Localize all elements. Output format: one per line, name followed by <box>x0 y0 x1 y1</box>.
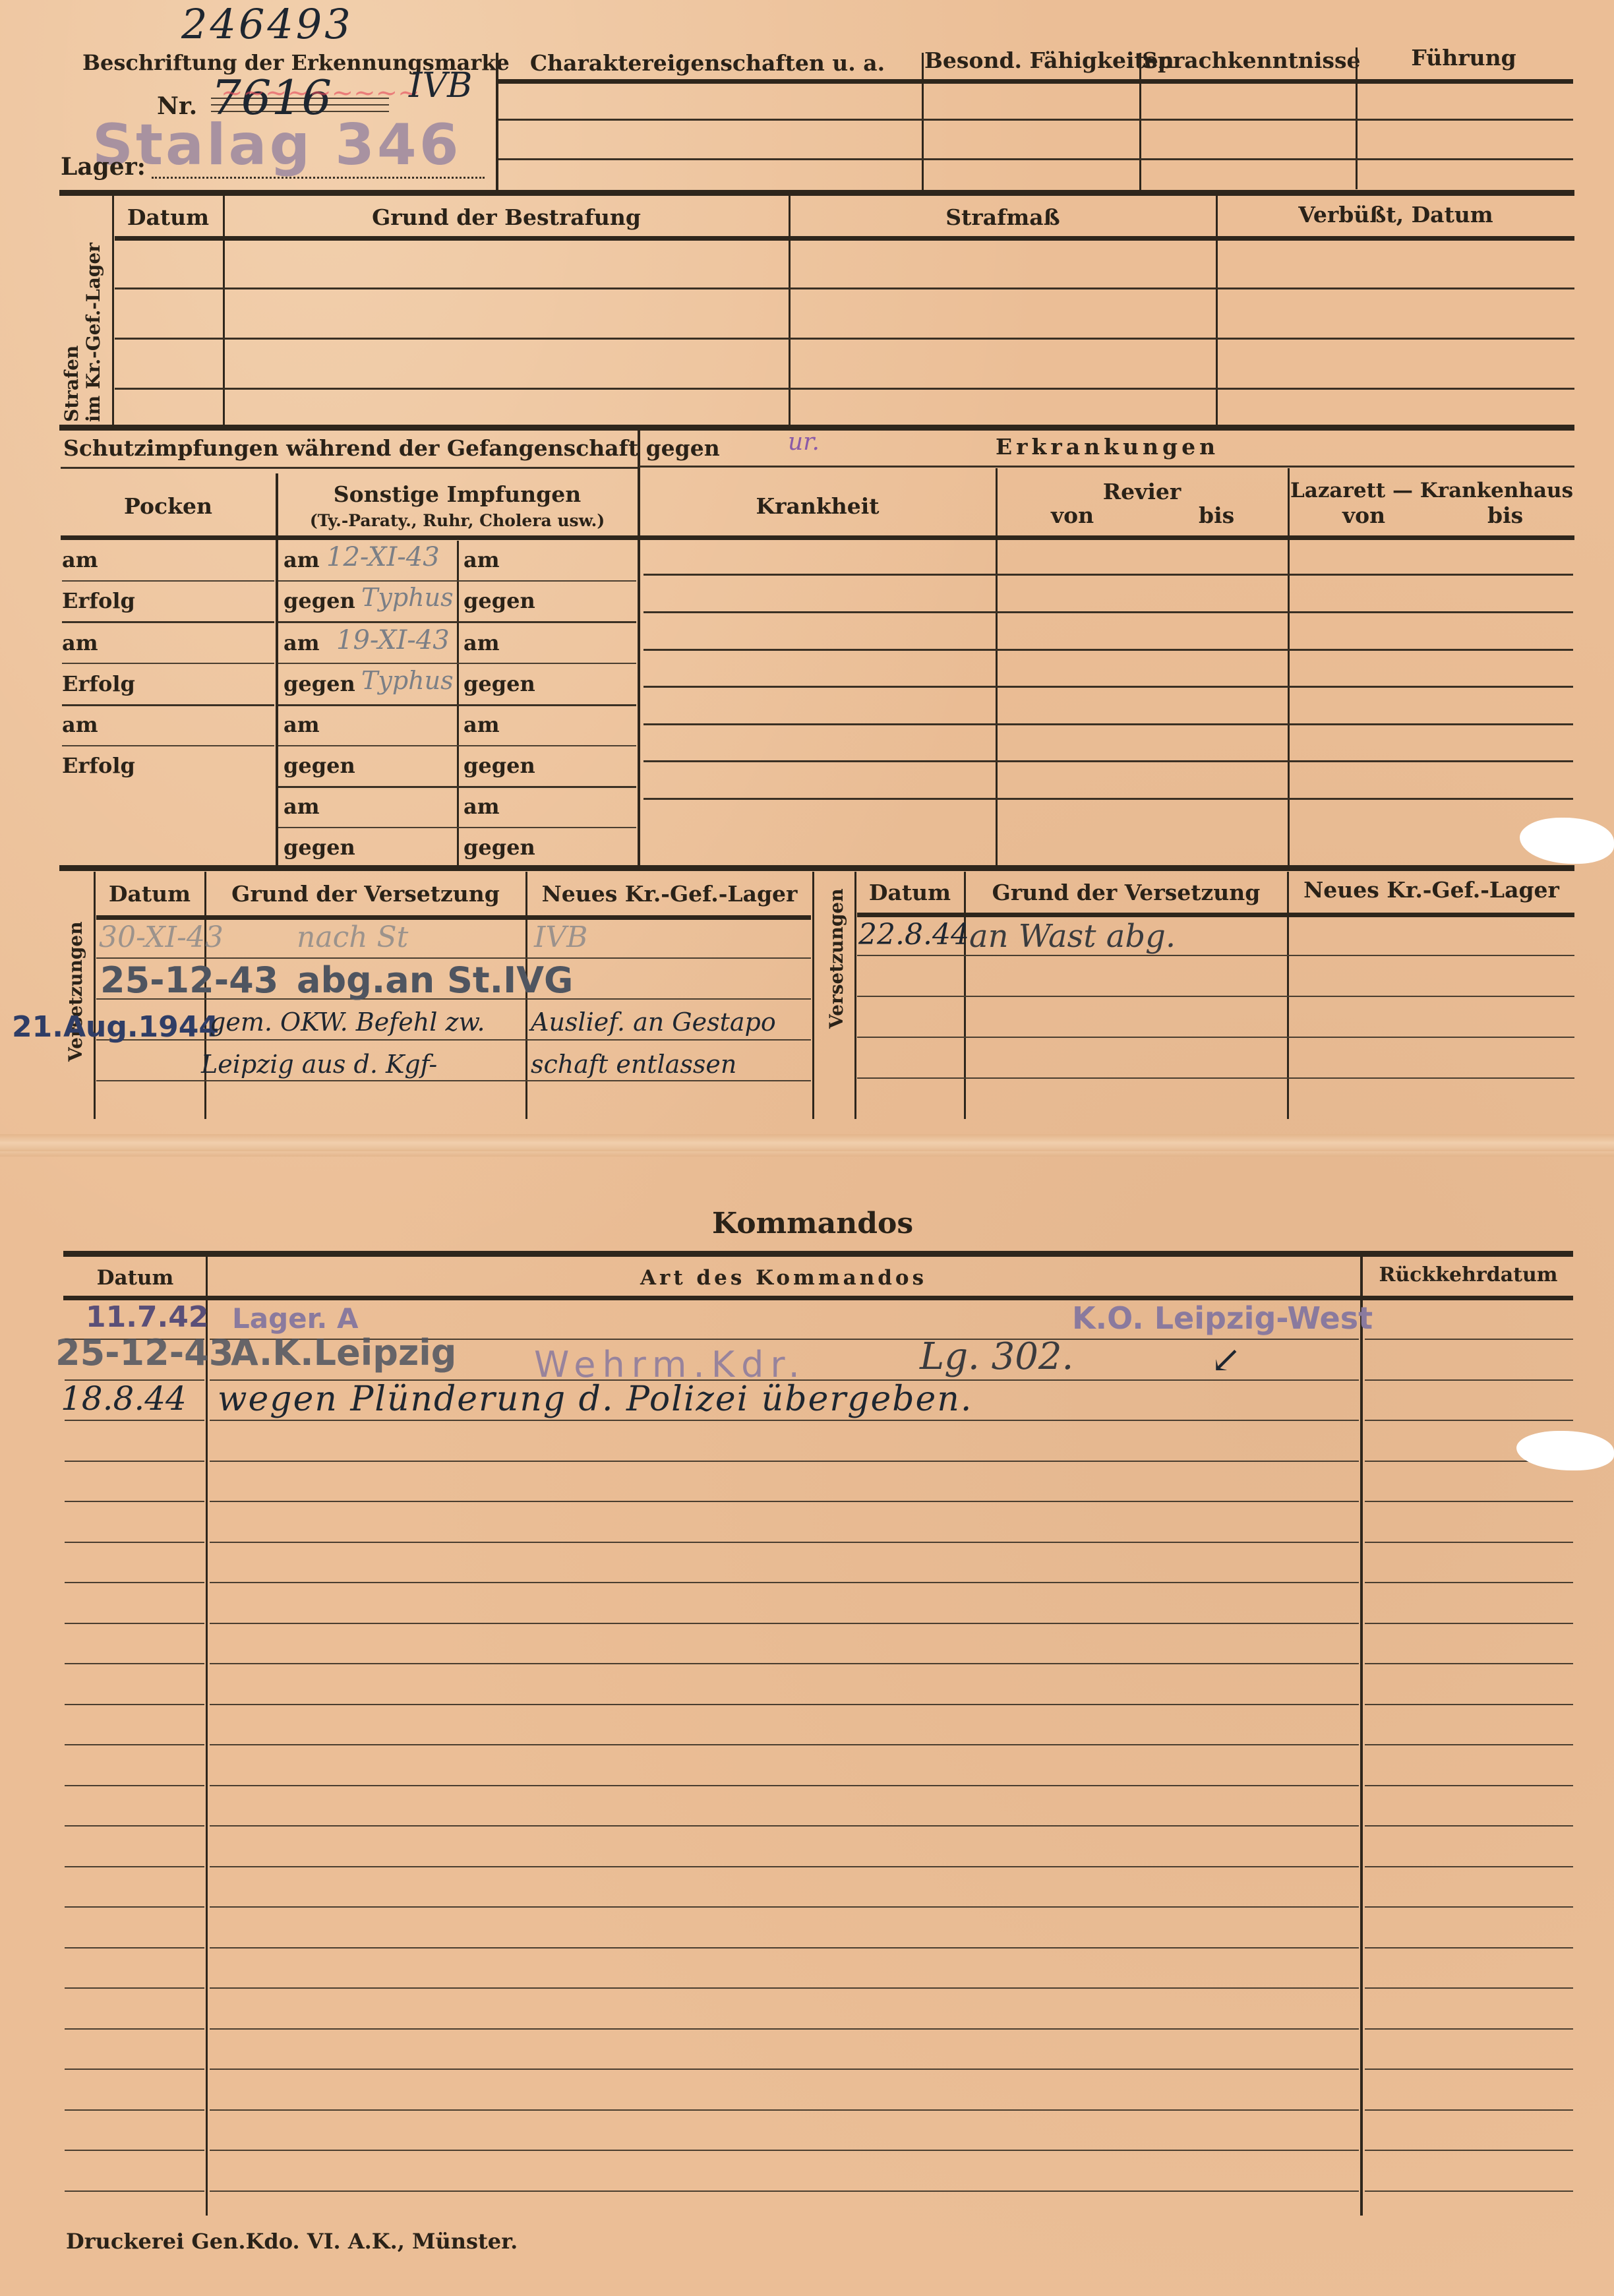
rule <box>115 236 1574 241</box>
divider <box>996 468 998 867</box>
kommandos-row-line <box>65 1542 204 1543</box>
strafen-header-grund: Grund der Bestrafung <box>224 204 789 230</box>
divider <box>1216 196 1218 428</box>
kommandos-title: Kommandos <box>712 1207 913 1240</box>
strafen-row-line <box>115 338 1574 340</box>
rule <box>278 621 636 623</box>
other-gegen-3b: gegen <box>463 753 535 778</box>
divider <box>112 196 114 428</box>
kommandos-row-line <box>1365 1623 1573 1624</box>
illness-row-line <box>643 686 1573 688</box>
pocken-am-2: am <box>62 630 98 655</box>
kommandos-row-line <box>210 1501 1359 1502</box>
pocken-am-3: am <box>62 712 98 737</box>
kommando-3-art: wegen Plünderung d. Polizei übergeben. <box>218 1379 972 1419</box>
kommandos-row-line <box>210 1866 1359 1867</box>
other-vaccination-subheader: (Ty.-Paraty., Ruhr, Cholera usw.) <box>277 511 638 530</box>
kommandos-row-line <box>1365 1582 1573 1583</box>
transfer-right-1-grund: an Wast abg. <box>969 918 1176 955</box>
divider <box>1288 468 1290 867</box>
kommando-2-art: A.K.Leipzig <box>231 1332 456 1374</box>
rule <box>498 119 1573 121</box>
rule <box>278 827 636 828</box>
other-am-1: am <box>284 547 320 572</box>
transfers-left-header-grund: Grund der Versetzung <box>206 881 525 907</box>
transfers-side-label-right: Versetzungen <box>825 888 847 1029</box>
kommandos-row-line <box>210 2190 1359 2192</box>
kommandos-row-line <box>65 1785 204 1786</box>
illness-row-line <box>643 723 1573 725</box>
divider <box>223 196 225 428</box>
kommandos-row-line <box>1365 1501 1573 1502</box>
kommando-2-extra: Lg. 302. <box>920 1335 1073 1378</box>
rule <box>498 158 1573 160</box>
rule-thick <box>63 1251 1573 1257</box>
col-header-fuehrung: Führung <box>1358 45 1569 71</box>
col-header-sprachkenntnisse: Sprachkenntnisse <box>1142 47 1356 73</box>
divider <box>812 872 814 1119</box>
kommandos-row-line <box>1365 2069 1573 2070</box>
pocken-erfolg-1: Erfolg <box>62 588 135 613</box>
kommandos-row-line <box>210 2028 1359 2030</box>
illness-header-krankheit: Krankheit <box>640 493 996 519</box>
rule <box>62 704 274 706</box>
other-gegen-4b: gegen <box>463 835 535 860</box>
rule <box>62 745 274 746</box>
kommandos-row-line <box>210 1663 1359 1664</box>
rule <box>278 745 636 746</box>
transfer-left-2-datum: 25-12-43 <box>100 959 278 1001</box>
other-am-1-value: 12-XI-43 <box>326 542 440 572</box>
lager-stamp: Stalag 346 <box>92 112 462 178</box>
pocken-header: Pocken <box>61 493 276 519</box>
printer-imprint: Druckerei Gen.Kdo. VI. A.K., Münster. <box>66 2229 518 2254</box>
kommandos-row-line <box>210 1704 1359 1705</box>
card-number-handwritten: 246493 <box>181 0 353 48</box>
kommandos-row-line <box>1365 1542 1573 1543</box>
kommandos-row-line <box>1365 2109 1573 2111</box>
transfer-left-3-datum-stamp: 21.Aug.1944 <box>12 1010 219 1044</box>
kommando-2-datum: 25-12-43 <box>55 1332 233 1374</box>
kommandos-row-line <box>1365 1704 1573 1705</box>
rule <box>278 663 636 664</box>
illness-title: Erkrankungen <box>996 434 1219 460</box>
other-gegen-1-value: Typhus <box>361 583 454 612</box>
transfer-left-4-grund: Leipzig aus d. Kgf- <box>201 1050 437 1079</box>
transfer-row-line <box>857 1037 1574 1038</box>
other-am-4: am <box>284 794 320 819</box>
other-gegen-4: gegen <box>284 835 355 860</box>
transfer-left-3-grund: gem. OKW. Befehl zw. <box>210 1008 485 1037</box>
kommandos-row-line <box>210 1785 1359 1786</box>
kommando-1-datum: 11.7.42 <box>86 1300 209 1334</box>
divider <box>1139 53 1141 193</box>
illness-row-line <box>643 649 1573 651</box>
kommandos-row-line <box>210 2150 1359 2151</box>
strafen-header-datum: Datum <box>113 204 223 230</box>
kommandos-row-line <box>210 1825 1359 1827</box>
illness-header-lazarett-von: von <box>1342 502 1385 528</box>
other-am-2: am <box>284 630 320 655</box>
nr-annotation: IVB <box>409 66 472 106</box>
other-gegen-3: gegen <box>284 753 355 778</box>
divider <box>1360 1256 1363 2216</box>
kommandos-row-line <box>65 1906 204 1908</box>
illness-row-line <box>643 611 1573 613</box>
kommandos-row-line <box>210 2109 1359 2111</box>
vaccination-title: Schutzimpfungen während der Gefangenscha… <box>63 435 720 461</box>
other-am-1b: am <box>463 547 500 572</box>
rule <box>96 915 811 920</box>
divider <box>206 1256 208 2216</box>
kommandos-row-line <box>65 1987 204 1989</box>
kommandos-header-rueckkehr: Rückkehrdatum <box>1363 1263 1574 1286</box>
kommandos-row-line <box>65 2069 204 2070</box>
illness-header-lazarett: Lazarett — Krankenhaus <box>1289 479 1574 502</box>
other-gegen-1b: gegen <box>463 588 535 613</box>
transfer-left-3-lager: Auslief. an Gestapo <box>531 1008 776 1037</box>
strafen-side-label: Strafenim Kr.-Gef.-Lager <box>61 243 104 422</box>
kommandos-row-line <box>65 1866 204 1867</box>
pocken-erfolg-2: Erfolg <box>62 671 135 696</box>
paper-fold <box>0 1134 1614 1151</box>
kommandos-row-line <box>65 1420 204 1421</box>
illness-header-revier: Revier <box>997 479 1287 504</box>
other-am-3: am <box>284 712 320 737</box>
kommandos-row-line <box>1365 1339 1573 1340</box>
rule <box>62 580 274 582</box>
transfer-left-1-datum: 30-XI-43 <box>99 921 224 954</box>
divider <box>854 872 856 1119</box>
kommandos-row-line <box>210 1420 1359 1421</box>
other-am-2b: am <box>463 630 500 655</box>
other-vaccination-header: Sonstige Impfungen <box>277 481 638 507</box>
kommandos-row-line <box>210 1987 1359 1989</box>
divider <box>922 53 924 193</box>
kommandos-row-line <box>65 1744 204 1745</box>
illness-header-lazarett-bis: bis <box>1487 502 1523 528</box>
kommandos-row-line <box>65 2150 204 2151</box>
rule <box>640 466 1574 468</box>
kommandos-row-line <box>65 1461 204 1462</box>
rule <box>278 704 636 706</box>
kommandos-row-line <box>65 1623 204 1624</box>
strafen-row-line <box>115 388 1574 390</box>
kommandos-row-line <box>65 2028 204 2030</box>
checkmark-arrow-icon: ↙ <box>1210 1339 1241 1381</box>
kommandos-header-datum: Datum <box>65 1266 206 1290</box>
transfers-right-header-grund: Grund der Versetzung <box>965 880 1287 905</box>
other-am-4b: am <box>463 794 500 819</box>
kommando-1-stamp: K.O. Leipzig-West <box>1072 1300 1373 1336</box>
kommandos-row-line <box>65 1947 204 1949</box>
kommandos-row-line <box>210 1906 1359 1908</box>
kommando-1-art: Lager. A <box>232 1302 358 1335</box>
transfer-left-1-grund: nach St <box>297 921 408 954</box>
rule <box>61 535 638 540</box>
kommandos-row-line <box>1365 2150 1573 2151</box>
transfer-row-line <box>96 957 811 959</box>
kommandos-row-line <box>210 1744 1359 1745</box>
other-gegen-2b: gegen <box>463 671 535 696</box>
kommandos-row-line <box>1365 1947 1573 1949</box>
transfers-right-header-lager: Neues Kr.-Gef.-Lager <box>1288 877 1574 903</box>
rule-thick <box>59 865 1574 871</box>
rule <box>61 467 638 469</box>
transfer-row-line <box>96 1080 811 1081</box>
illness-annotation: ur. <box>788 429 820 456</box>
lager-dotted-line <box>152 177 485 179</box>
kommandos-row-line <box>1365 1785 1573 1786</box>
kommandos-row-line <box>1365 1744 1573 1745</box>
transfer-row-line <box>857 996 1574 997</box>
strafen-header-verbuesst: Verbüßt, Datum <box>1217 202 1574 227</box>
transfer-left-4-lager: schaft entlassen <box>531 1050 736 1079</box>
transfer-left-1-lager: IVB <box>534 921 588 954</box>
transfer-row-line <box>857 1077 1574 1079</box>
kommandos-row-line <box>1365 1420 1573 1421</box>
kommandos-row-line <box>1365 1866 1573 1867</box>
transfer-row-line <box>857 955 1574 956</box>
illness-row-line <box>643 574 1573 576</box>
divider <box>496 53 498 193</box>
rule <box>63 1296 1573 1300</box>
transfer-left-2-grund: abg.an St.IVG <box>297 959 573 1001</box>
col-header-faehigkeiten: Besond. Fähigkeiten <box>924 47 1139 73</box>
other-gegen-2: gegen <box>284 671 355 696</box>
kommandos-row-line <box>65 1663 204 1664</box>
kommandos-row-line <box>1365 1663 1573 1664</box>
rule <box>278 786 636 788</box>
divider <box>94 872 96 1119</box>
transfers-left-header-lager: Neues Kr.-Gef.-Lager <box>527 881 812 907</box>
pocken-am-1: am <box>62 547 98 572</box>
illness-row-line <box>643 798 1573 800</box>
kommando-3-datum: 18.8.44 <box>61 1379 187 1418</box>
lager-label: Lager: <box>61 153 146 181</box>
kommandos-row-line <box>210 1623 1359 1624</box>
kommandos-row-line <box>210 2069 1359 2070</box>
kommandos-row-line <box>65 2190 204 2192</box>
strafen-row-line <box>115 287 1574 289</box>
kommandos-row-line <box>1365 1825 1573 1827</box>
kommandos-row-line <box>65 1582 204 1583</box>
kommandos-row-line <box>1365 1987 1573 1989</box>
rule <box>278 580 636 582</box>
divider <box>457 541 459 866</box>
other-gegen-1: gegen <box>284 588 355 613</box>
rule <box>62 663 274 664</box>
rule <box>857 913 1574 917</box>
other-am-2-value: 19-XI-43 <box>336 625 450 655</box>
col-header-charakter: Charaktereigenschaften u. a. <box>500 50 915 76</box>
rule <box>498 79 1573 84</box>
transfer-right-1-datum: 22.8.44 <box>858 918 969 952</box>
kommandos-row-line <box>210 1461 1359 1462</box>
kommandos-row-line <box>210 1947 1359 1949</box>
rule <box>62 621 274 623</box>
transfers-right-header-datum: Datum <box>856 880 964 905</box>
transfers-left-header-datum: Datum <box>95 881 204 907</box>
divider <box>789 196 791 428</box>
pocken-erfolg-3: Erfolg <box>62 753 135 778</box>
other-am-3b: am <box>463 712 500 737</box>
kommandos-row-line <box>65 1501 204 1502</box>
rule <box>640 535 1574 540</box>
red-strike-mark: ~~~~~~~~~ <box>221 78 420 108</box>
kommandos-row-line <box>210 1542 1359 1543</box>
kommandos-header-art: Art des Kommandos <box>207 1266 1360 1290</box>
kommandos-row-line <box>1365 1379 1573 1381</box>
illness-row-line <box>643 760 1573 762</box>
kommandos-row-line <box>65 2109 204 2111</box>
illness-header-revier-bis: bis <box>1199 502 1234 528</box>
kommandos-row-line <box>1365 2190 1573 2192</box>
illness-header-revier-von: von <box>1051 502 1094 528</box>
kommandos-row-line <box>1365 1906 1573 1908</box>
kommandos-row-line <box>1365 2028 1573 2030</box>
kommandos-row-line <box>65 1825 204 1827</box>
divider <box>276 473 278 866</box>
strafen-header-strafmass: Strafmaß <box>790 204 1216 230</box>
kommandos-row-line <box>65 1704 204 1705</box>
other-gegen-2-value: Typhus <box>361 666 454 695</box>
kommandos-row-line <box>210 1582 1359 1583</box>
rule-thick <box>59 190 1574 196</box>
